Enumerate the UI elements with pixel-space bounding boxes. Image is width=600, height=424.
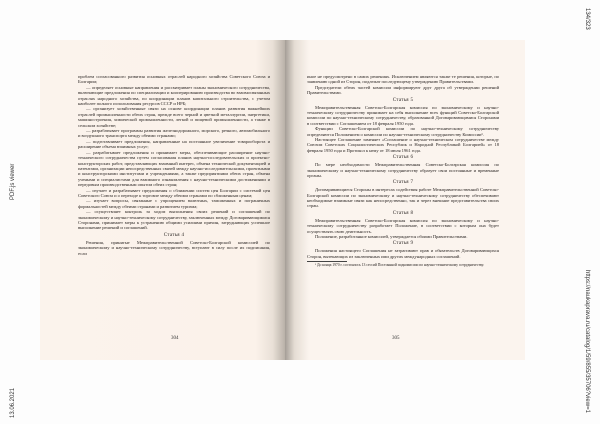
right-page-text: иное не предусмотрено в самих решениях. … [307, 74, 499, 267]
paragraph: Председатели обеих частей комиссии инфор… [307, 85, 499, 96]
source-url: https://naukaprava.ru/catalog/1/59/855/3… [584, 270, 590, 413]
footnote-rule [307, 261, 347, 262]
paragraph: — организует хозяйственные связи на осно… [78, 106, 270, 128]
right-page-number: 305 [392, 336, 400, 341]
paragraph: Положение, разработанное комиссией, утве… [307, 234, 499, 239]
paragraph: Межправительственная Советско-Болгарская… [307, 105, 499, 127]
article-heading: Статья 7 [307, 180, 499, 185]
article-heading: Статья 8 [307, 211, 499, 216]
article-heading: Статья 5 [307, 98, 499, 103]
paragraph: По мере необходимости Межправительственн… [307, 162, 499, 178]
paragraph: — разрабатывает предложения и принимает … [78, 150, 270, 188]
paragraph: Функции Советско-Болгарской комиссии по … [307, 126, 499, 137]
paragraph: иное не предусмотрено в самих решениях. … [307, 74, 499, 85]
footnote: ¹ До конца 1970 г. состоялось 13 сессий … [307, 263, 499, 268]
article-heading: Статья 4 [78, 233, 270, 238]
paragraph: Договаривающиеся Стороны в интересах сод… [307, 187, 499, 209]
left-page-text: проблем согласованного развития основных… [78, 74, 270, 256]
viewer-title: PDF.js viewer [10, 164, 16, 200]
paragraph: Межправительственная Советско-Болгарская… [307, 218, 499, 234]
paragraph: проблем согласованного развития основных… [78, 74, 270, 85]
paragraph: Настоящее Соглашение заменяет «Соглашени… [307, 137, 499, 153]
paragraph: Решения, принятые Межправительственной С… [78, 240, 270, 256]
print-date: 13.06.2021 [10, 388, 16, 418]
page-counter: 134/323 [584, 8, 590, 30]
book-scan: проблем согласованного развития основных… [40, 40, 525, 360]
paragraph: — разрабатывает программы развития желез… [78, 128, 270, 139]
paragraph: Положения настоящего Соглашения не затра… [307, 248, 499, 259]
paragraph: — изучает и разрабатывает предложения о … [78, 188, 270, 199]
paragraph: — изучает вопросы, связанные с упрощение… [78, 198, 270, 209]
paragraph: — подготавливает предложения, направленн… [78, 139, 270, 150]
paragraph: — осуществляет контроль за ходом выполне… [78, 209, 270, 231]
article-heading: Статья 9 [307, 241, 499, 246]
left-page: проблем согласованного развития основных… [40, 40, 285, 360]
paragraph: — определяет основные направления и расс… [78, 85, 270, 107]
article-heading: Статья 6 [307, 155, 499, 160]
left-page-number: 304 [171, 336, 179, 341]
right-page: иное не предусмотрено в самих решениях. … [285, 40, 525, 360]
